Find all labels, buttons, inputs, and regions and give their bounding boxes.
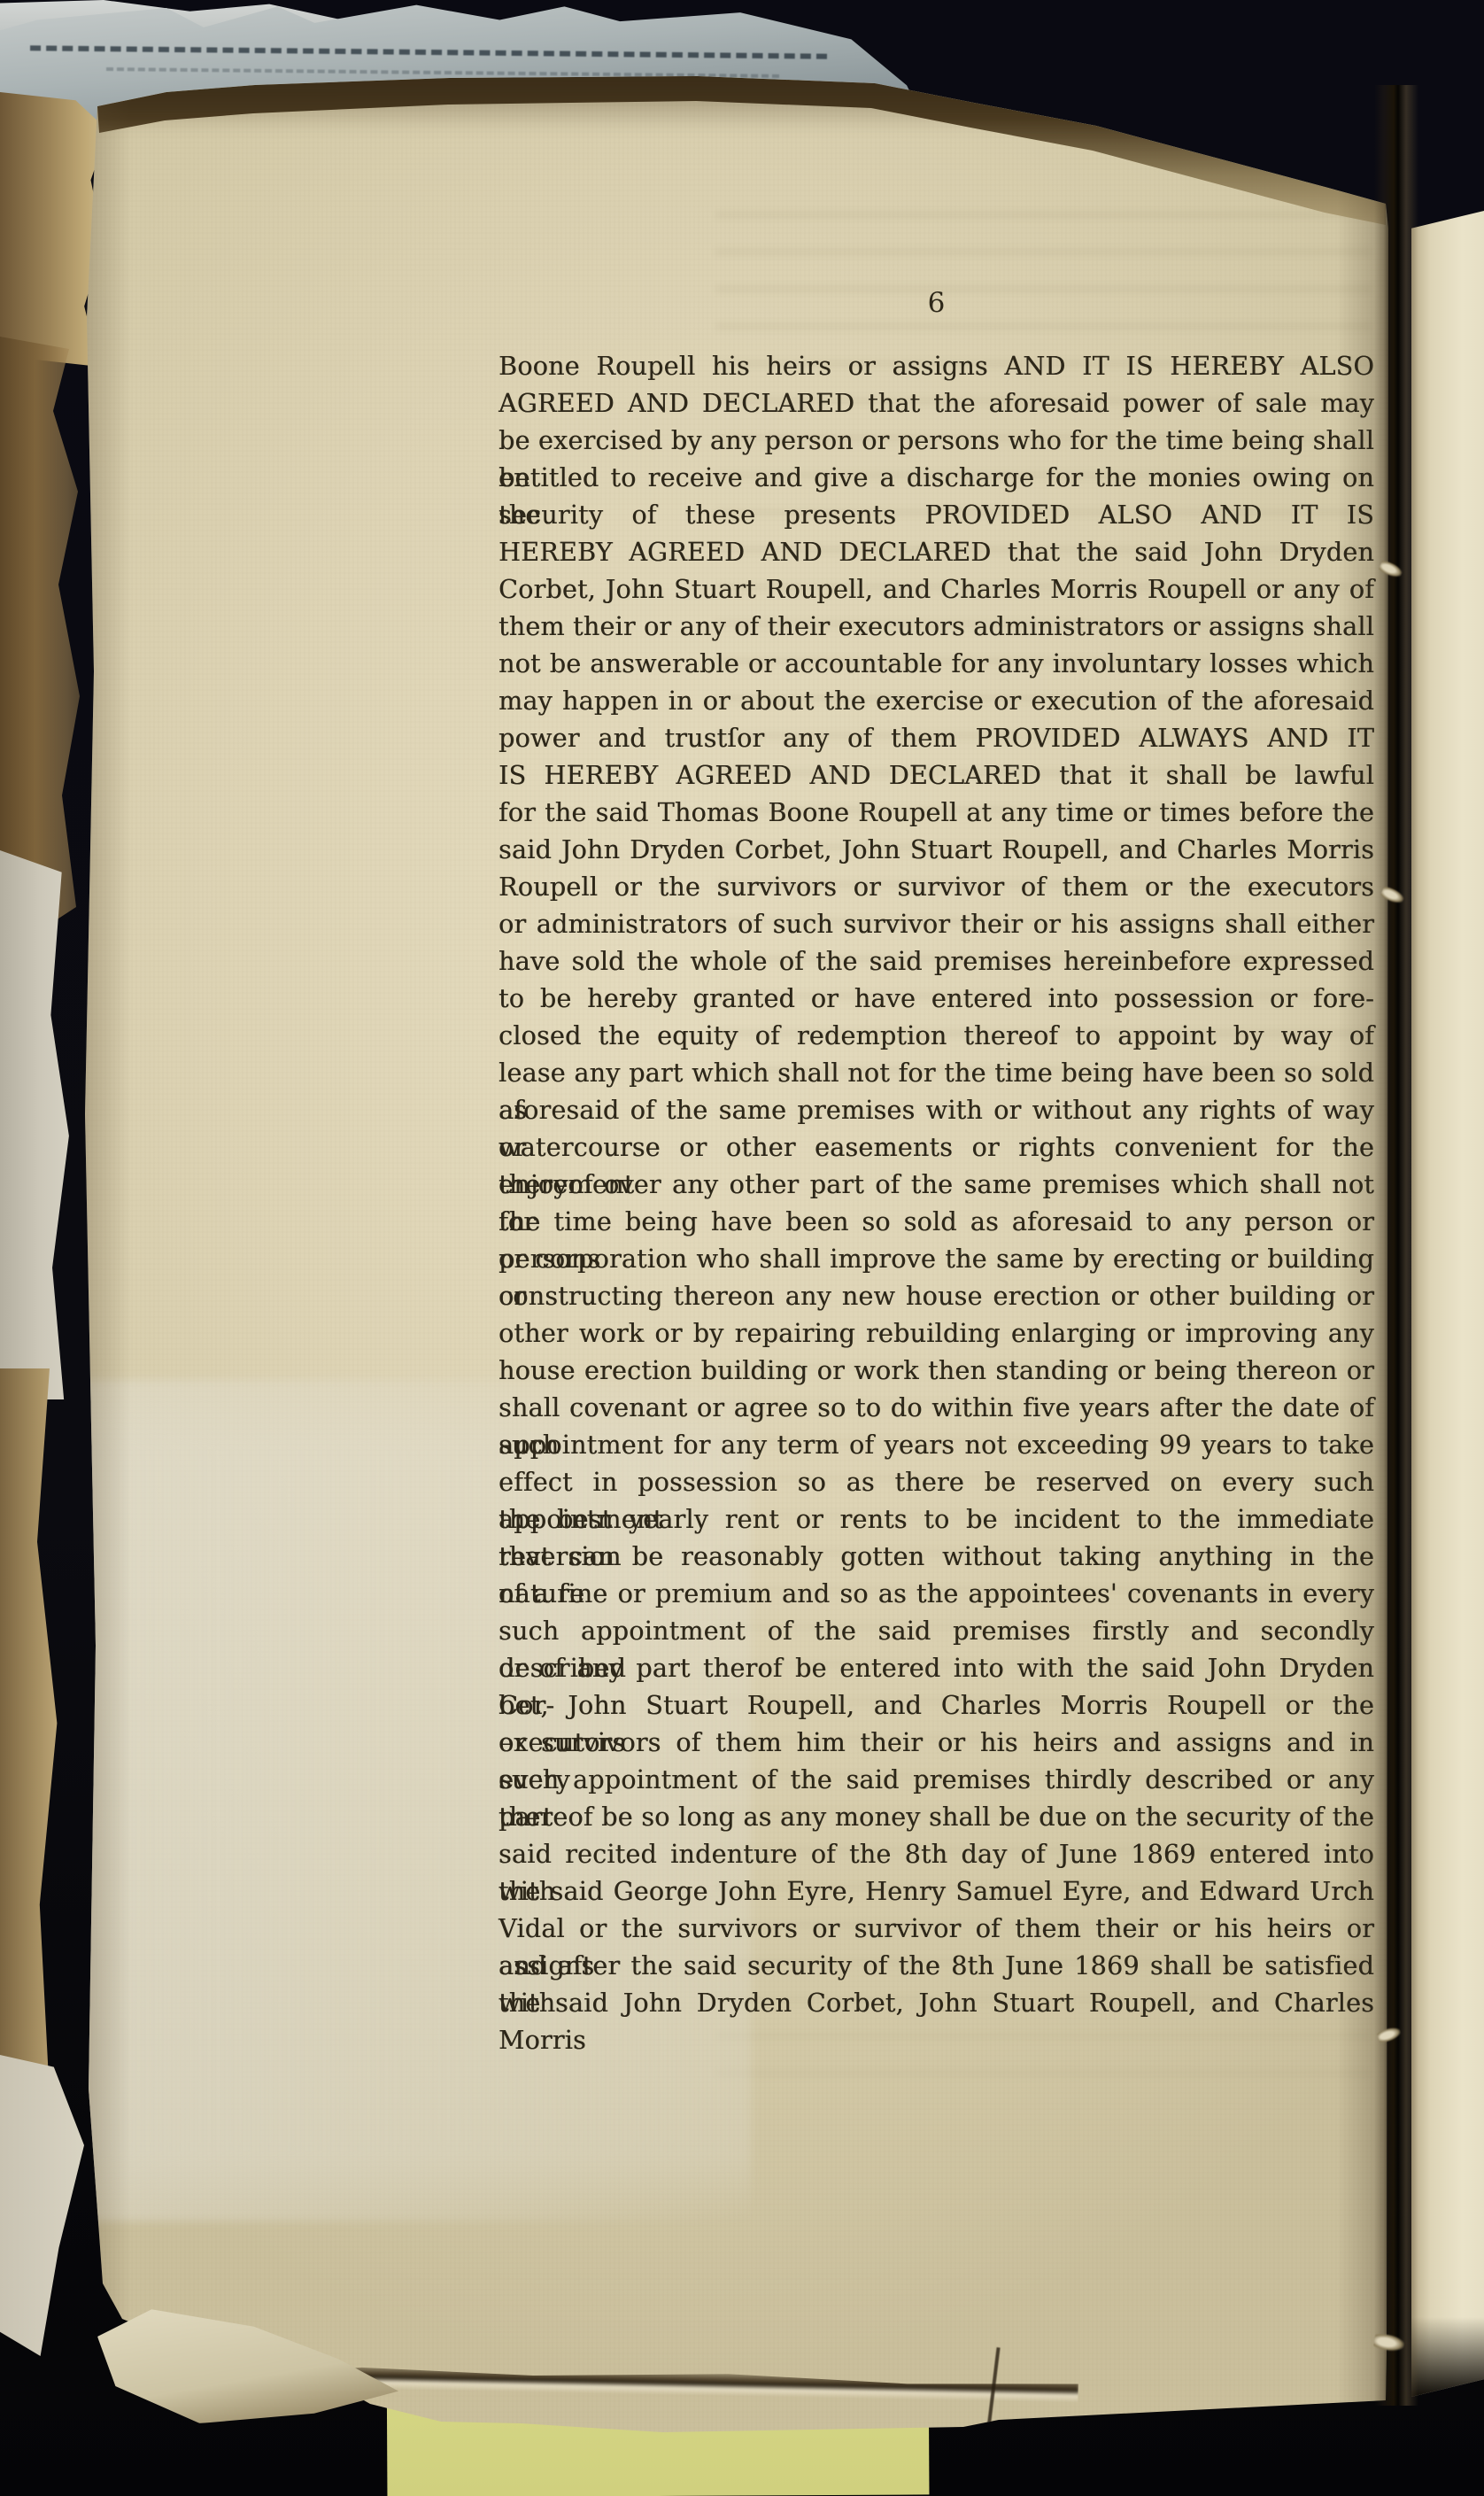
body-text: Boone Roupell his heirs or assigns AND I… (499, 347, 1374, 2021)
torn-paper-edge (0, 2055, 84, 2356)
text-line: watercourse or other easements or rights… (499, 1128, 1374, 1166)
text-line: lease any part which shall not for the t… (499, 1054, 1374, 1091)
text-line: be exercised by any person or persons wh… (499, 422, 1374, 459)
text-line: Boone Roupell his heirs or assigns AND I… (499, 347, 1374, 384)
text-line: HEREBY AGREED AND DECLARED that the said… (499, 533, 1374, 570)
text-line: not be answerable or accountable for any… (499, 645, 1374, 682)
text-line: or administrators of such survivor their… (499, 905, 1374, 942)
text-line: other work or by repairing rebuilding en… (499, 1314, 1374, 1352)
scanned-book-photograph: 6 Boone Roupell his heirs or assigns AND… (0, 0, 1484, 2496)
text-line: them their or any of their executors adm… (499, 608, 1374, 645)
text-line: security of these presents PROVIDED ALSO… (499, 496, 1374, 533)
text-line: power and trustſor any of them PROVIDED … (499, 719, 1374, 756)
text-line: and after the said security of the 8th J… (499, 1947, 1374, 1984)
text-line: entitled to receive and give a discharge… (499, 459, 1374, 496)
text-line: or corporation who shall improve the sam… (499, 1240, 1374, 1277)
text-line: IS HEREBY AGREED AND DECLARED that it sh… (499, 756, 1374, 794)
text-line: for the said Thomas Boone Roupell at any… (499, 794, 1374, 831)
torn-paper-edge (0, 850, 73, 1399)
text-line: thereof be so long as any money shall be… (499, 1798, 1374, 1835)
text-line: said John Dryden Corbet, John Stuart Rou… (499, 831, 1374, 868)
text-line: such appointment of the said premises th… (499, 1761, 1374, 1798)
text-line: AGREED AND DECLARED that the aforesaid p… (499, 384, 1374, 422)
text-line: said recited indenture of the 8th day of… (499, 1835, 1374, 1872)
text-line: may happen in or about the exercise or e… (499, 682, 1374, 719)
left-edge-shadow (78, 51, 131, 2445)
torn-paper-edge (0, 1368, 62, 2157)
text-line: or of any part therof be entered into wi… (499, 1649, 1374, 1686)
text-line: to be hereby granted or have entered int… (499, 980, 1374, 1017)
document-page: 6 Boone Roupell his heirs or assigns AND… (78, 51, 1399, 2445)
text-line: bet, John Stuart Roupell, and Charles Mo… (499, 1686, 1374, 1724)
text-line: or survivors of them him their or his he… (499, 1724, 1374, 1761)
text-line: the said George John Eyre, Henry Samuel … (499, 1872, 1374, 1910)
text-line: Vidal or the survivors or survivor of th… (499, 1910, 1374, 1947)
text-line: effect in possession so as there be rese… (499, 1463, 1374, 1500)
text-line: shall covenant or agree so to do within … (499, 1389, 1374, 1426)
text-line: the time being have been so sold as afor… (499, 1203, 1374, 1240)
stitching-marks (30, 45, 827, 58)
text-line: have sold the whole of the said premises… (499, 942, 1374, 980)
text-line: Roupell or the survivors or survivor of … (499, 868, 1374, 905)
page-number: 6 (499, 287, 1374, 319)
text-line: Corbet, John Stuart Roupell, and Charles… (499, 570, 1374, 608)
text-line: house erection building or work then sta… (499, 1352, 1374, 1389)
text-line: the said John Dryden Corbet, John Stuart… (499, 1984, 1374, 2021)
text-line: that can be reasonably gotten without ta… (499, 1538, 1374, 1575)
text-line: aforesaid of the same premises with or w… (499, 1091, 1374, 1128)
text-line: appointment for any term of years not ex… (499, 1426, 1374, 1463)
text-line: thereof over any other part of the same … (499, 1166, 1374, 1203)
text-line: such appointment of the said premises fi… (499, 1612, 1374, 1649)
text-line: of a fine or premium and so as the appoi… (499, 1575, 1374, 1612)
facing-page-edge (1411, 211, 1484, 2397)
text-line: the best yearly rent or rents to be inci… (499, 1500, 1374, 1538)
text-line: constructing thereon any new house erect… (499, 1277, 1374, 1314)
book-gutter (1374, 85, 1418, 2406)
text-line: closed the equity of redemption thereof … (499, 1017, 1374, 1054)
